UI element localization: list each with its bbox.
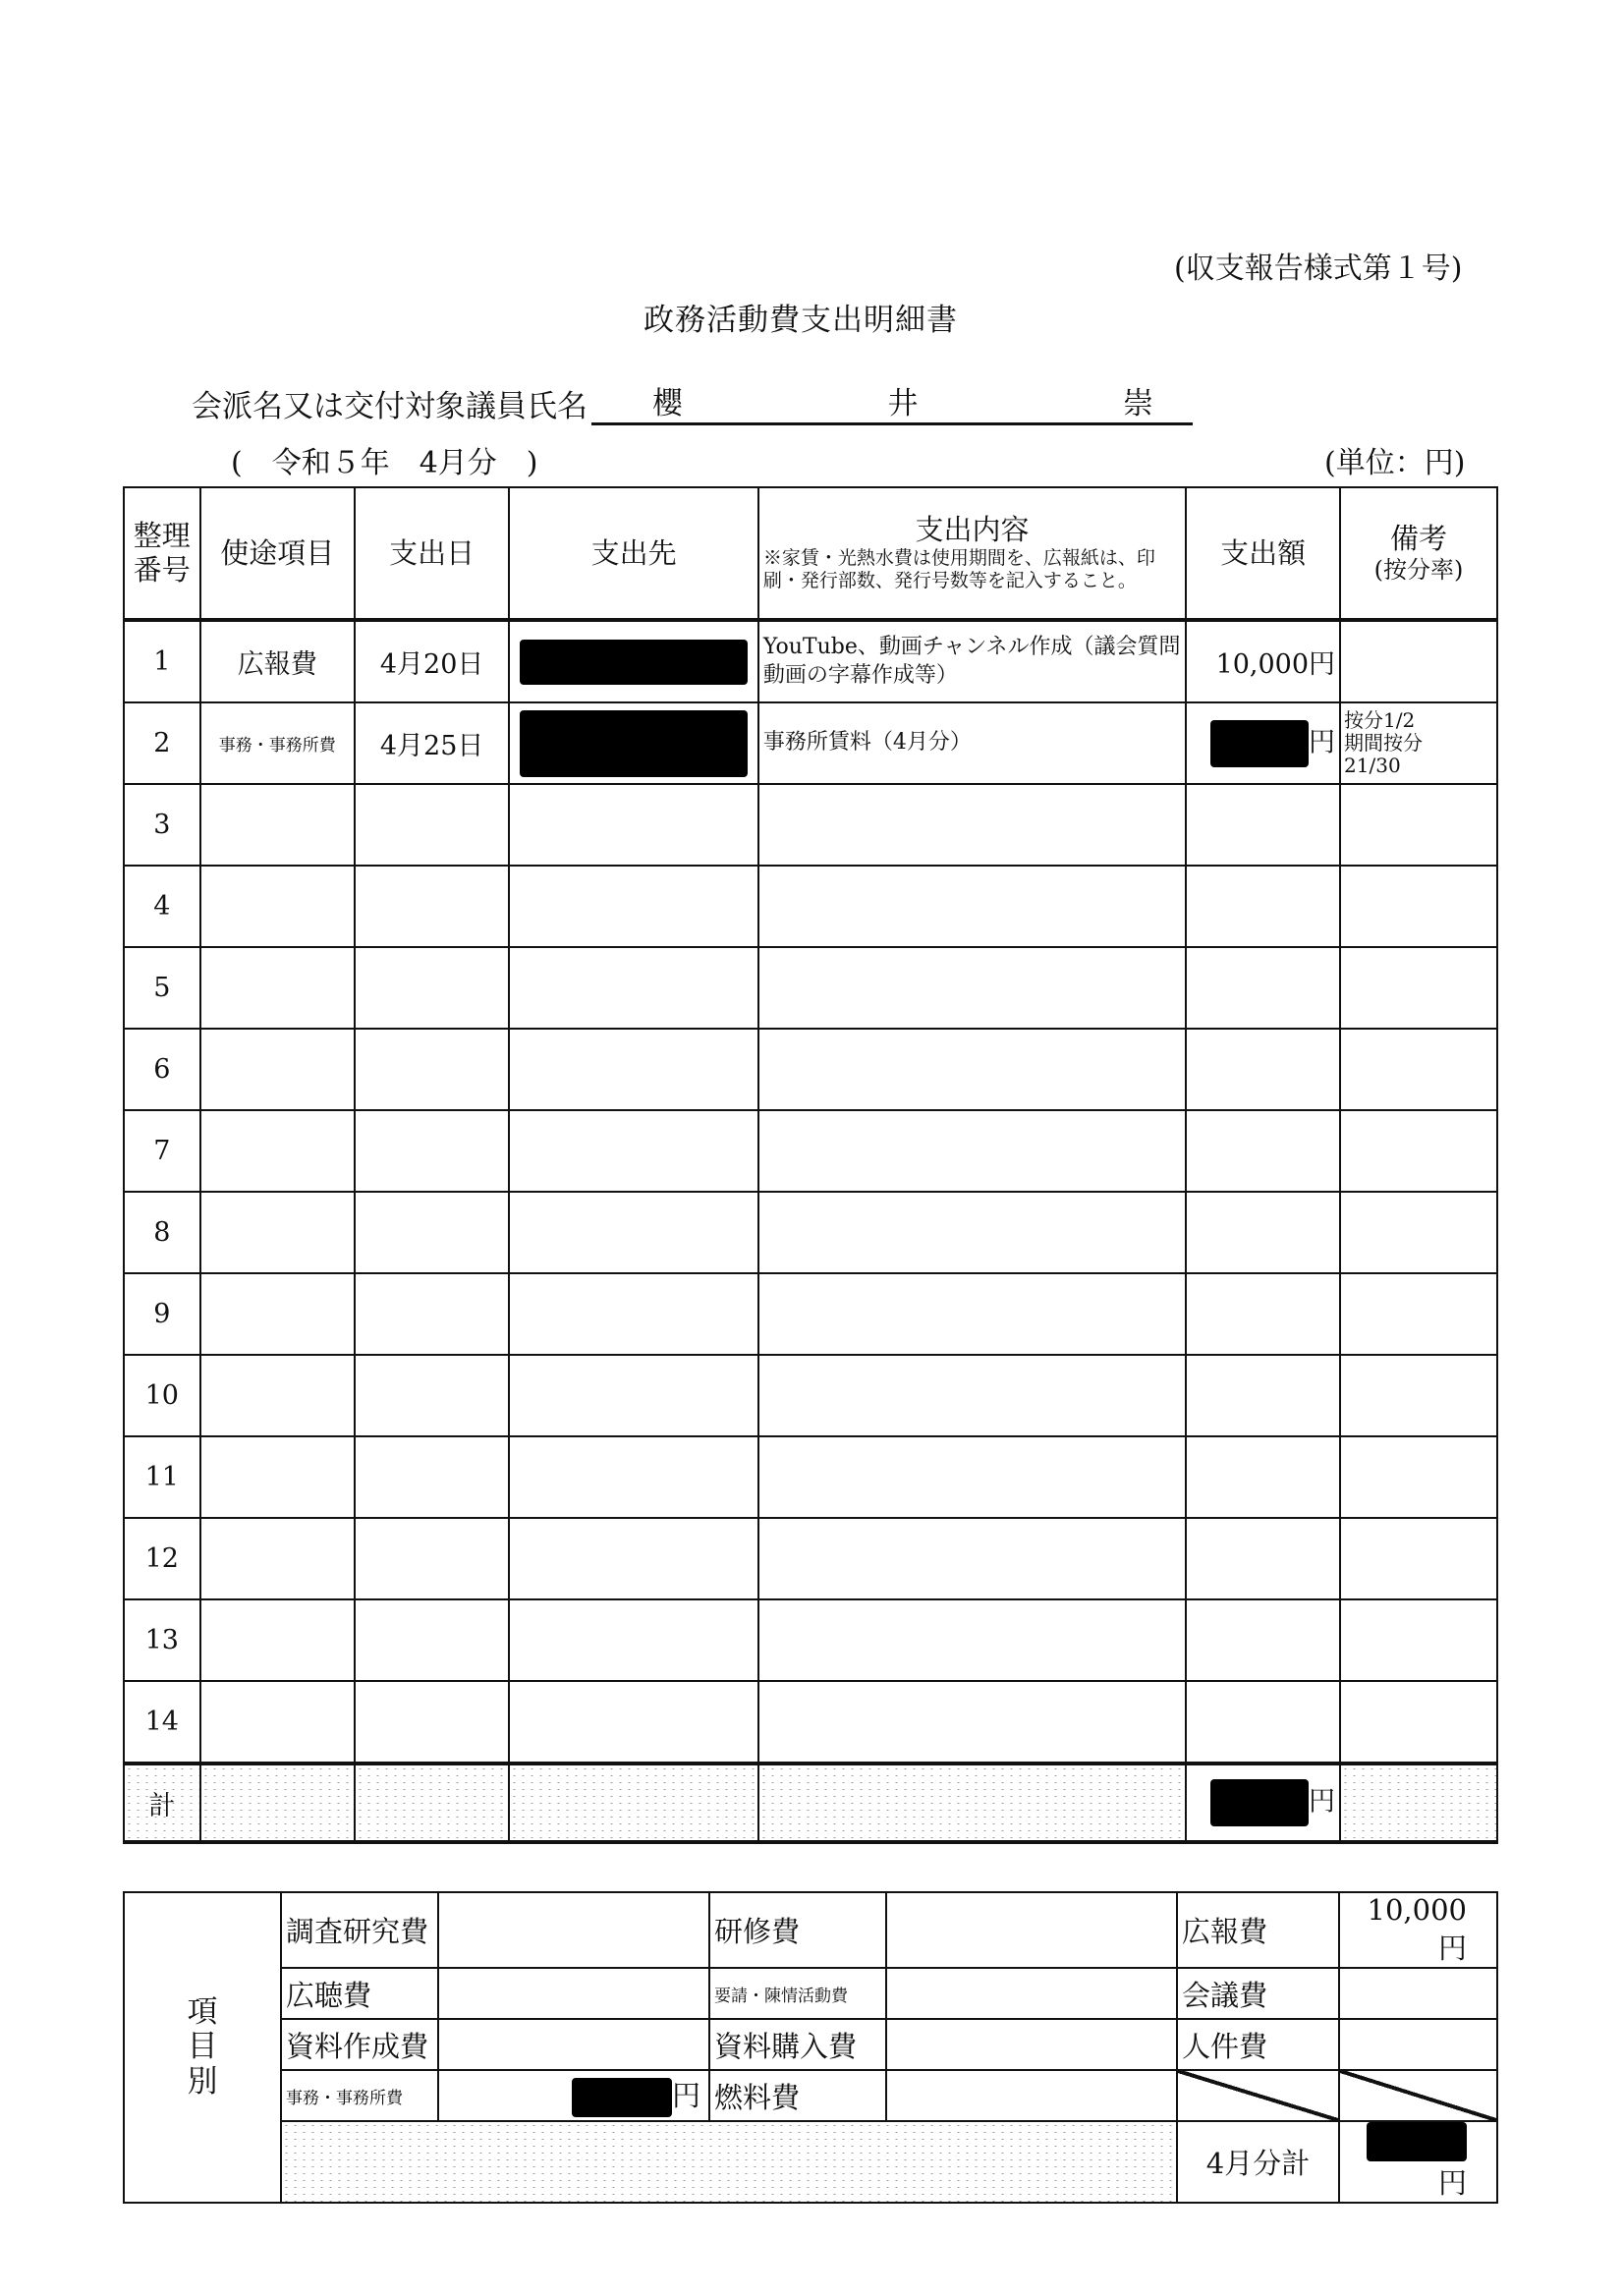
table-row: 5	[124, 947, 1497, 1029]
total-blank	[355, 1764, 509, 1842]
row-note: 按分1/2 期間按分 21/30	[1340, 702, 1497, 784]
row-no: 7	[124, 1110, 200, 1192]
row-date: 4月25日	[355, 702, 509, 784]
total-blank	[200, 1764, 355, 1842]
note-line: 21/30	[1344, 755, 1496, 777]
row-item	[200, 947, 355, 1029]
header-note-title: 備考	[1390, 522, 1447, 555]
side-char: 項	[129, 1995, 276, 2031]
side-char: 目	[129, 2030, 276, 2065]
summary-side-label: 項 目 別	[124, 1892, 281, 2203]
summary-label: 広報費	[1177, 1892, 1339, 1968]
period: ( 令和５年 4月分 )	[231, 438, 538, 481]
row-amount	[1186, 1599, 1340, 1681]
header-content-note: ※家賃・光熱水費は使用期間を、広報紙は、印刷・発行部数、発行号数等を記入すること…	[759, 547, 1185, 594]
row-no: 6	[124, 1029, 200, 1110]
row-date	[355, 1518, 509, 1599]
row-amount	[1186, 1192, 1340, 1273]
table-row: 1 広報費 4月20日 YouTube、動画チャンネル作成（議会質問動画の字幕作…	[124, 620, 1497, 702]
row-content	[758, 1681, 1186, 1764]
document-title: 政務活動費支出明細書	[644, 295, 958, 339]
row-content: 事務所賃料（4月分）	[758, 702, 1186, 784]
row-content	[758, 1029, 1186, 1110]
redaction-block	[520, 640, 748, 685]
row-amount	[1186, 1518, 1340, 1599]
row-payee	[509, 1273, 758, 1355]
row-no: 5	[124, 947, 200, 1029]
table-row: 6	[124, 1029, 1497, 1110]
summary-label: 研修費	[709, 1892, 886, 1968]
row-amount	[1186, 1273, 1340, 1355]
row-content	[758, 866, 1186, 947]
header-payee: 支出先	[509, 487, 758, 620]
summary-value	[438, 2019, 709, 2070]
row-date	[355, 1192, 509, 1273]
header-date: 支出日	[355, 487, 509, 620]
summary-label: 調査研究費	[281, 1892, 438, 1968]
row-payee	[509, 1355, 758, 1436]
row-payee	[509, 1599, 758, 1681]
row-note	[1340, 947, 1497, 1029]
row-amount	[1186, 1029, 1340, 1110]
row-date	[355, 1029, 509, 1110]
summary-value	[438, 1892, 709, 1968]
row-no: 8	[124, 1192, 200, 1273]
row-amount	[1186, 1681, 1340, 1764]
summary-blank	[281, 2121, 1177, 2203]
row-amount: 10,000円	[1186, 620, 1340, 702]
member-name-char: 櫻	[652, 378, 683, 422]
row-payee	[509, 1681, 758, 1764]
total-blank	[509, 1764, 758, 1842]
row-payee	[509, 1518, 758, 1599]
member-label: 会派名又は交付対象議員氏名	[192, 381, 588, 425]
total-blank	[758, 1764, 1186, 1842]
summary-label: 事務・事務所費	[281, 2070, 438, 2121]
row-payee	[509, 866, 758, 947]
table-row: 2 事務・事務所費 4月25日 事務所賃料（4月分） 円 按分1/2 期間按分 …	[124, 702, 1497, 784]
header-note-sub: (按分率)	[1341, 556, 1496, 585]
row-content	[758, 1273, 1186, 1355]
table-row: 7	[124, 1110, 1497, 1192]
header-item: 使途項目	[200, 487, 355, 620]
row-no: 12	[124, 1518, 200, 1599]
table-row: 11	[124, 1436, 1497, 1518]
table-row: 14	[124, 1681, 1497, 1764]
row-payee	[509, 620, 758, 702]
row-note	[1340, 866, 1497, 947]
row-item	[200, 1518, 355, 1599]
yen-suffix: 円	[672, 2079, 700, 2112]
redaction-block	[1367, 2122, 1467, 2161]
form-number: (収支報告様式第１号)	[1174, 244, 1462, 287]
row-item	[200, 866, 355, 947]
table-row: 8	[124, 1192, 1497, 1273]
header-content-title: 支出内容	[916, 513, 1030, 546]
header-content: 支出内容 ※家賃・光熱水費は使用期間を、広報紙は、印刷・発行部数、発行号数等を記…	[758, 487, 1186, 620]
row-no: 1	[124, 620, 200, 702]
row-no: 9	[124, 1273, 200, 1355]
row-content	[758, 947, 1186, 1029]
row-note	[1340, 1681, 1497, 1764]
note-line: 按分1/2	[1344, 709, 1496, 732]
row-no: 14	[124, 1681, 200, 1764]
summary-value: 円	[438, 2070, 709, 2121]
row-item	[200, 1599, 355, 1681]
row-note	[1340, 1355, 1497, 1436]
total-blank	[1340, 1764, 1497, 1842]
row-no: 3	[124, 784, 200, 866]
total-row: 計 円	[124, 1764, 1497, 1842]
row-amount	[1186, 1355, 1340, 1436]
row-note	[1340, 1599, 1497, 1681]
table-row: 4	[124, 866, 1497, 947]
row-item	[200, 1355, 355, 1436]
row-amount	[1186, 947, 1340, 1029]
redaction-block	[1210, 1779, 1309, 1826]
row-payee	[509, 1110, 758, 1192]
row-payee	[509, 1192, 758, 1273]
row-note	[1340, 1110, 1497, 1192]
summary-label: 資料購入費	[709, 2019, 886, 2070]
row-item	[200, 1110, 355, 1192]
header-no: 整理番号	[124, 487, 200, 620]
row-date	[355, 866, 509, 947]
row-no: 11	[124, 1436, 200, 1518]
total-label: 計	[124, 1764, 200, 1842]
row-date	[355, 1273, 509, 1355]
row-date	[355, 1355, 509, 1436]
summary-value	[886, 2019, 1177, 2070]
row-amount	[1186, 866, 1340, 947]
row-item	[200, 784, 355, 866]
row-item	[200, 1192, 355, 1273]
yen-suffix: 円	[1438, 2166, 1467, 2200]
member-name-char: 井	[888, 378, 919, 422]
month-total-value: 円	[1339, 2121, 1497, 2203]
table-row: 13	[124, 1599, 1497, 1681]
row-note	[1340, 1029, 1497, 1110]
row-content	[758, 784, 1186, 866]
row-note	[1340, 1436, 1497, 1518]
member-row: 会派名又は交付対象議員氏名 櫻 井 崇	[192, 381, 1193, 425]
category-summary-table: 項 目 別 調査研究費 研修費 広報費 10,000円 広聴費 要請・陳情活動費…	[123, 1891, 1498, 2204]
row-note	[1340, 1518, 1497, 1599]
summary-value	[886, 1892, 1177, 1968]
row-date	[355, 947, 509, 1029]
row-amount	[1186, 1110, 1340, 1192]
summary-label: 会議費	[1177, 1968, 1339, 2019]
row-no: 10	[124, 1355, 200, 1436]
row-item	[200, 1436, 355, 1518]
summary-value: 10,000円	[1339, 1892, 1497, 1968]
redaction-block	[572, 2078, 672, 2117]
redaction-block	[1210, 720, 1309, 767]
month-total-label: 4月分計	[1177, 2121, 1339, 2203]
table-row: 10	[124, 1355, 1497, 1436]
row-note	[1340, 784, 1497, 866]
row-note	[1340, 1273, 1497, 1355]
row-no: 13	[124, 1599, 200, 1681]
row-payee	[509, 947, 758, 1029]
row-content	[758, 1355, 1186, 1436]
table-row: 9	[124, 1273, 1497, 1355]
row-item	[200, 1029, 355, 1110]
row-item	[200, 1273, 355, 1355]
row-note	[1340, 620, 1497, 702]
member-name: 櫻 井 崇	[591, 384, 1193, 425]
summary-label: 人件費	[1177, 2019, 1339, 2070]
summary-label: 広聴費	[281, 1968, 438, 2019]
summary-value	[886, 2070, 1177, 2121]
yen-suffix: 円	[1309, 1787, 1335, 1818]
row-payee	[509, 702, 758, 784]
expense-table: 整理番号 使途項目 支出日 支出先 支出内容 ※家賃・光熱水費は使用期間を、広報…	[123, 486, 1498, 1844]
row-amount	[1186, 1436, 1340, 1518]
redaction-block	[520, 710, 748, 777]
row-content: YouTube、動画チャンネル作成（議会質問動画の字幕作成等）	[758, 620, 1186, 702]
row-payee	[509, 1436, 758, 1518]
summary-value	[886, 1968, 1177, 2019]
row-no: 4	[124, 866, 200, 947]
row-content	[758, 1599, 1186, 1681]
row-date	[355, 1110, 509, 1192]
row-date	[355, 1681, 509, 1764]
row-item	[200, 1681, 355, 1764]
row-date	[355, 784, 509, 866]
row-date	[355, 1436, 509, 1518]
side-char: 別	[129, 2065, 276, 2100]
row-content	[758, 1110, 1186, 1192]
diagonal-blank	[1339, 2070, 1497, 2121]
row-payee	[509, 1029, 758, 1110]
summary-value	[1339, 1968, 1497, 2019]
header-note: 備考 (按分率)	[1340, 487, 1497, 620]
row-content	[758, 1192, 1186, 1273]
row-amount	[1186, 784, 1340, 866]
header-amount: 支出額	[1186, 487, 1340, 620]
row-item: 事務・事務所費	[200, 702, 355, 784]
summary-value	[438, 1968, 709, 2019]
row-date	[355, 1599, 509, 1681]
row-item: 広報費	[200, 620, 355, 702]
unit-label: (単位：円)	[1324, 438, 1465, 481]
summary-label: 燃料費	[709, 2070, 886, 2121]
table-row: 12	[124, 1518, 1497, 1599]
note-line: 期間按分	[1344, 732, 1496, 755]
row-amount: 円	[1186, 702, 1340, 784]
total-amount: 円	[1186, 1764, 1340, 1842]
diagonal-blank	[1177, 2070, 1339, 2121]
row-payee	[509, 784, 758, 866]
row-date: 4月20日	[355, 620, 509, 702]
row-content	[758, 1518, 1186, 1599]
row-content	[758, 1436, 1186, 1518]
summary-label: 要請・陳情活動費	[709, 1968, 886, 2019]
member-name-char: 崇	[1123, 378, 1153, 422]
summary-value	[1339, 2019, 1497, 2070]
summary-label: 資料作成費	[281, 2019, 438, 2070]
row-note	[1340, 1192, 1497, 1273]
table-row: 3	[124, 784, 1497, 866]
row-no: 2	[124, 702, 200, 784]
